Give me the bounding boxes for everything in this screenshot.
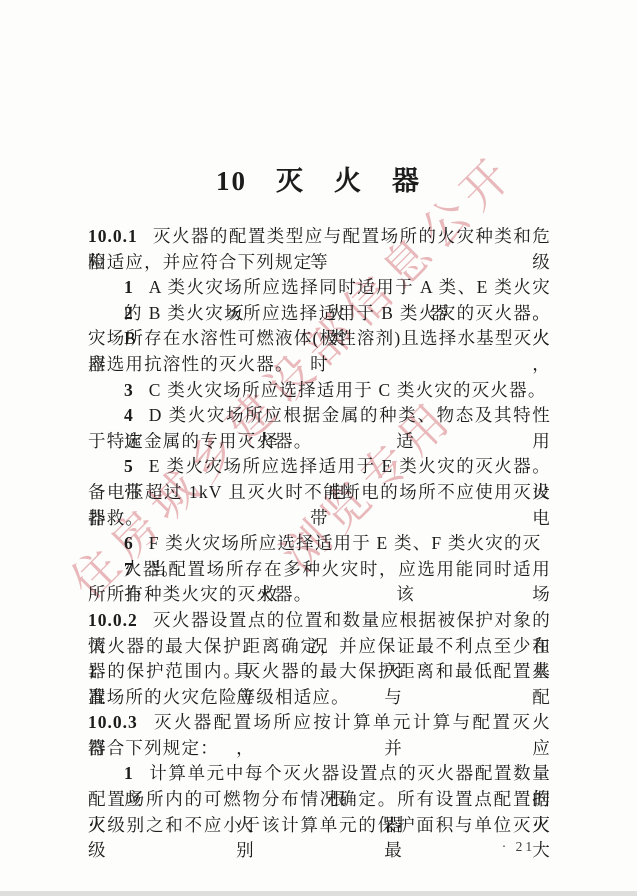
line-text: C 类火灾场所应选择适用于 C 类火灾的灭火器。	[149, 380, 547, 400]
text-line: 2B 类火灾场所应选择适用于 B 类火灾的灭火器。B 类火	[88, 301, 551, 327]
text-line: 10.0.3灭火器配置场所应按计算单元计算与配置灭火器，并应	[88, 710, 551, 736]
text-line: 灾场所存在水溶性可燃液体(极性溶剂)且选择水基型灭火器时，	[88, 326, 551, 352]
text-line: 1计算单元中每个灭火器设置点的灭火器配置数量应根据	[88, 761, 551, 787]
clause-number: 2	[124, 303, 134, 323]
line-text: 扑救。	[88, 508, 144, 528]
document-page: 住房城乡建设部信息公开 浏览专用 10 灭 火 器 10.0.1灭火器的配置类型…	[0, 0, 637, 896]
body-text: 10.0.1灭火器的配置类型应与配置场所的火灾种类和危险等级相适应，并应符合下列…	[88, 224, 551, 838]
text-line: 7当配置场所存在多种火灾时，应选用能同时适用扑救该场	[88, 557, 551, 583]
line-text: 符合下列规定：	[88, 738, 219, 758]
text-line: 3C 类火灾场所应选择适用于 C 类火灾的灭火器。	[88, 378, 551, 404]
clause-number: 1	[124, 763, 134, 783]
chapter-title: 10 灭 火 器	[0, 159, 637, 198]
page-number: · 21 ·	[502, 839, 549, 855]
clause-number: 5	[124, 456, 134, 476]
text-line: 4D 类火灾场所应根据金属的种类、物态及其特性选择适用	[88, 403, 551, 429]
clause-number: 7	[124, 559, 134, 579]
clause-number: 6	[124, 533, 134, 553]
line-text: 火级别之和不应小于该计算单元的保护面积与单位灭火级别最大	[88, 815, 551, 861]
line-text: 应选用抗溶性的灭火器。	[88, 354, 294, 374]
clause-number: 4	[124, 405, 134, 425]
line-text: 置场所的火灾危险等级相适应。	[88, 687, 350, 707]
text-line: 5E 类火灾场所应选择适用于 E 类火灾的灭火器。带电设	[88, 454, 551, 480]
text-line: 配置场所内的可燃物分布情况确定。所有设置点配置的灭火器灭	[88, 787, 551, 813]
text-line: 10.0.2灭火器设置点的位置和数量应根据被保护对象的情况和	[88, 608, 551, 634]
text-line: 火级别之和不应小于该计算单元的保护面积与单位灭火级别最大	[88, 813, 551, 839]
line-text: 相适应，并应符合下列规定：	[88, 252, 331, 272]
text-line: 1A 类火灾场所应选择同时适用于 A 类、E 类火灾的灭火器。	[88, 275, 551, 301]
line-text: 所所有种类火灾的灭火器。	[88, 584, 312, 604]
text-line: 10.0.1灭火器的配置类型应与配置场所的火灾种类和危险等级	[88, 224, 551, 250]
text-line: 灭火器的最大保护距离确定，并应保证最不利点至少在 1 具灭火	[88, 634, 551, 660]
scan-edge	[0, 891, 637, 896]
text-line: 6F 类火灾场所应选择适用于 E 类、F 类火灾的灭火器。	[88, 531, 551, 557]
clause-number: 10.0.2	[88, 610, 138, 630]
clause-number: 3	[124, 380, 134, 400]
line-text: 备电压超过 1kV 且灭火时不能断电的场所不应使用灭火器带电	[88, 482, 551, 528]
clause-number: 1	[124, 277, 134, 297]
line-text: 于特定金属的专用灭火器。	[88, 431, 312, 451]
text-line: 器的保护范围内。灭火器的最大保护距离和最低配置基准应与配	[88, 659, 551, 685]
clause-number: 10.0.1	[88, 226, 138, 246]
text-line: 备电压超过 1kV 且灭火时不能断电的场所不应使用灭火器带电	[88, 480, 551, 506]
clause-number: 10.0.3	[88, 712, 138, 732]
